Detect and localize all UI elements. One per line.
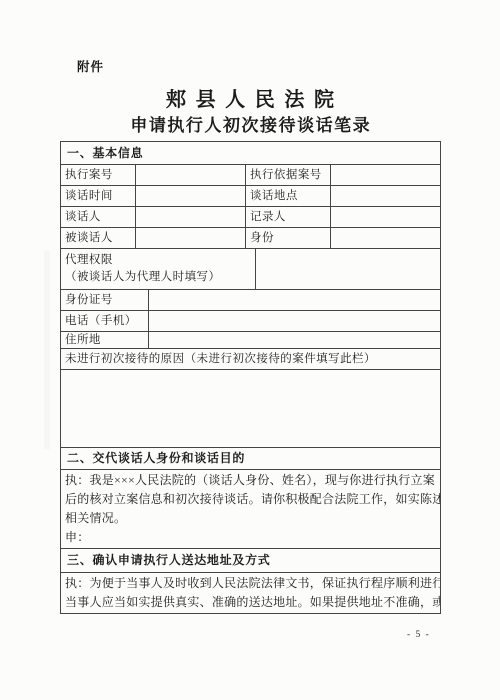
attachment-label: 附件 <box>77 57 104 75</box>
section3-text: 执：为便于当事人及时收到人民法院法律文书，保证执行程序顺利进行， 当事人应当如实… <box>61 573 441 614</box>
section2-line: 后的核对立案信息和初次接待谈话。请你积极配合法院工作，如实陈述 <box>65 490 436 509</box>
page-number: - 5 - <box>407 630 430 640</box>
table-row-no-reception-area <box>61 370 441 448</box>
table-row-agent-authority: 代理权限 （被谈话人为代理人时填写） <box>61 249 441 290</box>
field-value-talk-place <box>331 186 441 207</box>
field-label-talker: 谈话人 <box>61 207 136 228</box>
field-label-address: 住所地 <box>61 332 149 349</box>
section1-header: 一、基本信息 <box>61 142 441 165</box>
field-label-agent-authority: 代理权限 （被谈话人为代理人时填写） <box>61 249 256 290</box>
field-label-talk-place: 谈话地点 <box>246 186 331 207</box>
table-row: 被谈话人 身份 <box>61 228 441 249</box>
table-row: 电话（手机） <box>61 311 441 332</box>
section2-text-row: 执：我是×××人民法院的（谈话人身份、姓名），现与你进行执行立案 后的核对立案信… <box>61 470 441 549</box>
table-row: 谈话时间 谈话地点 <box>61 186 441 207</box>
field-label-case-no: 执行案号 <box>61 165 136 186</box>
field-value-agent-authority <box>256 249 441 290</box>
field-value-talker <box>136 207 246 228</box>
document-page: 附件 郏县人民法院 申请执行人初次接待谈话笔录 一、基本信息 执行案号 执行依据… <box>0 0 500 700</box>
field-label-interviewee: 被谈话人 <box>61 228 136 249</box>
table-row-no-reception-label: 未进行初次接待的原因（未进行初次接待的案件填写此栏） <box>61 349 441 370</box>
court-title: 郏县人民法院 <box>0 83 500 112</box>
field-value-id-number <box>149 290 441 311</box>
field-value-case-no <box>136 165 246 186</box>
no-reception-reason-label: 未进行初次接待的原因（未进行初次接待的案件填写此栏） <box>61 349 441 370</box>
section2-line: 申： <box>65 528 436 547</box>
document-title: 申请执行人初次接待谈话笔录 <box>0 111 500 136</box>
field-value-recorder <box>331 207 441 228</box>
section2-line: 相关情况。 <box>65 509 436 528</box>
section3-text-row: 执：为便于当事人及时收到人民法院法律文书，保证执行程序顺利进行， 当事人应当如实… <box>61 573 441 614</box>
field-value-talk-time <box>136 186 246 207</box>
agent-authority-line1: 代理权限 <box>65 252 251 269</box>
field-value-identity <box>331 228 441 249</box>
field-value-basis-case-no <box>331 165 441 186</box>
section2-text: 执：我是×××人民法院的（谈话人身份、姓名），现与你进行执行立案 后的核对立案信… <box>61 470 441 549</box>
field-label-talk-time: 谈话时间 <box>61 186 136 207</box>
scan-artifact <box>44 250 50 450</box>
section1-header-row: 一、基本信息 <box>61 142 441 165</box>
table-row: 身份证号 <box>61 290 441 311</box>
field-label-basis-case-no: 执行依据案号 <box>246 165 331 186</box>
section2-line: 执：我是×××人民法院的（谈话人身份、姓名），现与你进行执行立案 <box>65 471 436 490</box>
no-reception-reason-area <box>61 370 441 448</box>
section3-line: 执：为便于当事人及时收到人民法院法律文书，保证执行程序顺利进行， <box>65 574 436 593</box>
section3-line: 当事人应当如实提供真实、准确的送达地址。如果提供地址不准确，或 <box>65 593 436 612</box>
table-row: 谈话人 记录人 <box>61 207 441 228</box>
agent-authority-line2: （被谈话人为代理人时填写） <box>65 269 251 286</box>
table-row: 执行案号 执行依据案号 <box>61 165 441 186</box>
field-value-address <box>149 332 441 349</box>
field-value-phone <box>149 311 441 332</box>
field-label-recorder: 记录人 <box>246 207 331 228</box>
section3-header: 三、确认申请执行人送达地址及方式 <box>61 549 441 573</box>
form-table: 一、基本信息 执行案号 执行依据案号 谈话时间 谈话地点 谈话人 记录人 <box>60 141 441 614</box>
section3-header-row: 三、确认申请执行人送达地址及方式 <box>61 549 441 573</box>
section2-header: 二、交代谈话人身份和谈话目的 <box>61 448 441 470</box>
section2-header-row: 二、交代谈话人身份和谈话目的 <box>61 448 441 470</box>
field-value-interviewee <box>136 228 246 249</box>
table-row: 住所地 <box>61 332 441 349</box>
field-label-id-number: 身份证号 <box>61 290 149 311</box>
field-label-phone: 电话（手机） <box>61 311 149 332</box>
field-label-identity: 身份 <box>246 228 331 249</box>
